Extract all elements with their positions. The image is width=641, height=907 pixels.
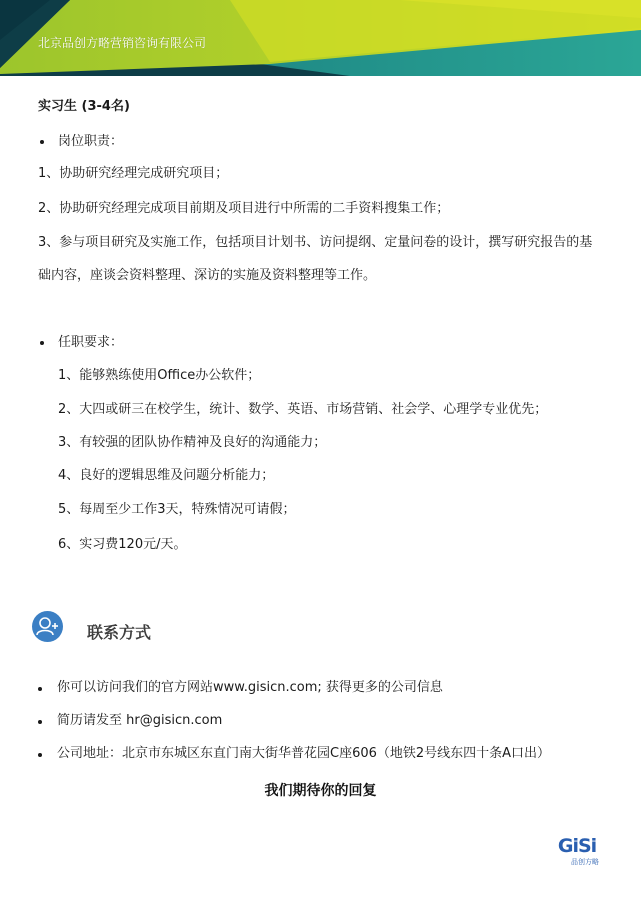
requirements-heading: 任职要求： [58,335,123,351]
requirement-item: 1、能够熟练使用Office办公软件； [58,368,260,384]
logo-subtext: 品创方略 [553,857,601,867]
bullet-icon [38,720,42,724]
user-plus-icon [32,611,63,642]
contact-section-title: 联系方式 [87,620,151,643]
contact-website: 你可以访问我们的官方网站www.gisicn.com; 获得更多的公司信息 [57,680,443,696]
header-banner: 北京品创方略营销咨询有限公司 [0,0,641,76]
bullet-icon [40,341,44,345]
contact-address: 公司地址：北京市东城区东直门南大街华普花园C座606（地铁2号线东四十条A口出） [57,746,550,762]
duty-item: 1、协助研究经理完成研究项目； [38,166,228,182]
closing-message: 我们期待你的回复 [0,780,641,800]
contact-email: 简历请发至 hr@gisicn.com [57,713,222,729]
bullet-icon [38,687,42,691]
requirement-item: 6、实习费120元/天。 [58,537,186,553]
duty-item-continued: 础内容，座谈会资料整理、深访的实施及资料整理等工作。 [38,268,376,284]
requirement-item: 3、有较强的团队协作精神及良好的沟通能力； [58,435,326,451]
company-name: 北京品创方略营销咨询有限公司 [38,34,206,51]
position-title: 实习生 (3-4名) [38,99,130,115]
duty-item: 3、参与项目研究及实施工作，包括项目计划书、访问提纲、定量问卷的设计，撰写研究报… [38,235,592,251]
logo-text: GiSi [553,835,601,857]
requirement-item: 5、每周至少工作3天，特殊情况可请假； [58,502,296,518]
requirement-item: 2、大四或研三在校学生，统计、数学、英语、市场营销、社会学、心理学专业优先； [58,402,547,418]
company-logo: GiSi 品创方略 [553,835,601,871]
duties-heading: 岗位职责： [58,134,123,150]
requirement-item: 4、良好的逻辑思维及问题分析能力； [58,468,274,484]
duty-item: 2、协助研究经理完成项目前期及项目进行中所需的二手资料搜集工作； [38,201,449,217]
bullet-icon [38,753,42,757]
bullet-icon [40,140,44,144]
